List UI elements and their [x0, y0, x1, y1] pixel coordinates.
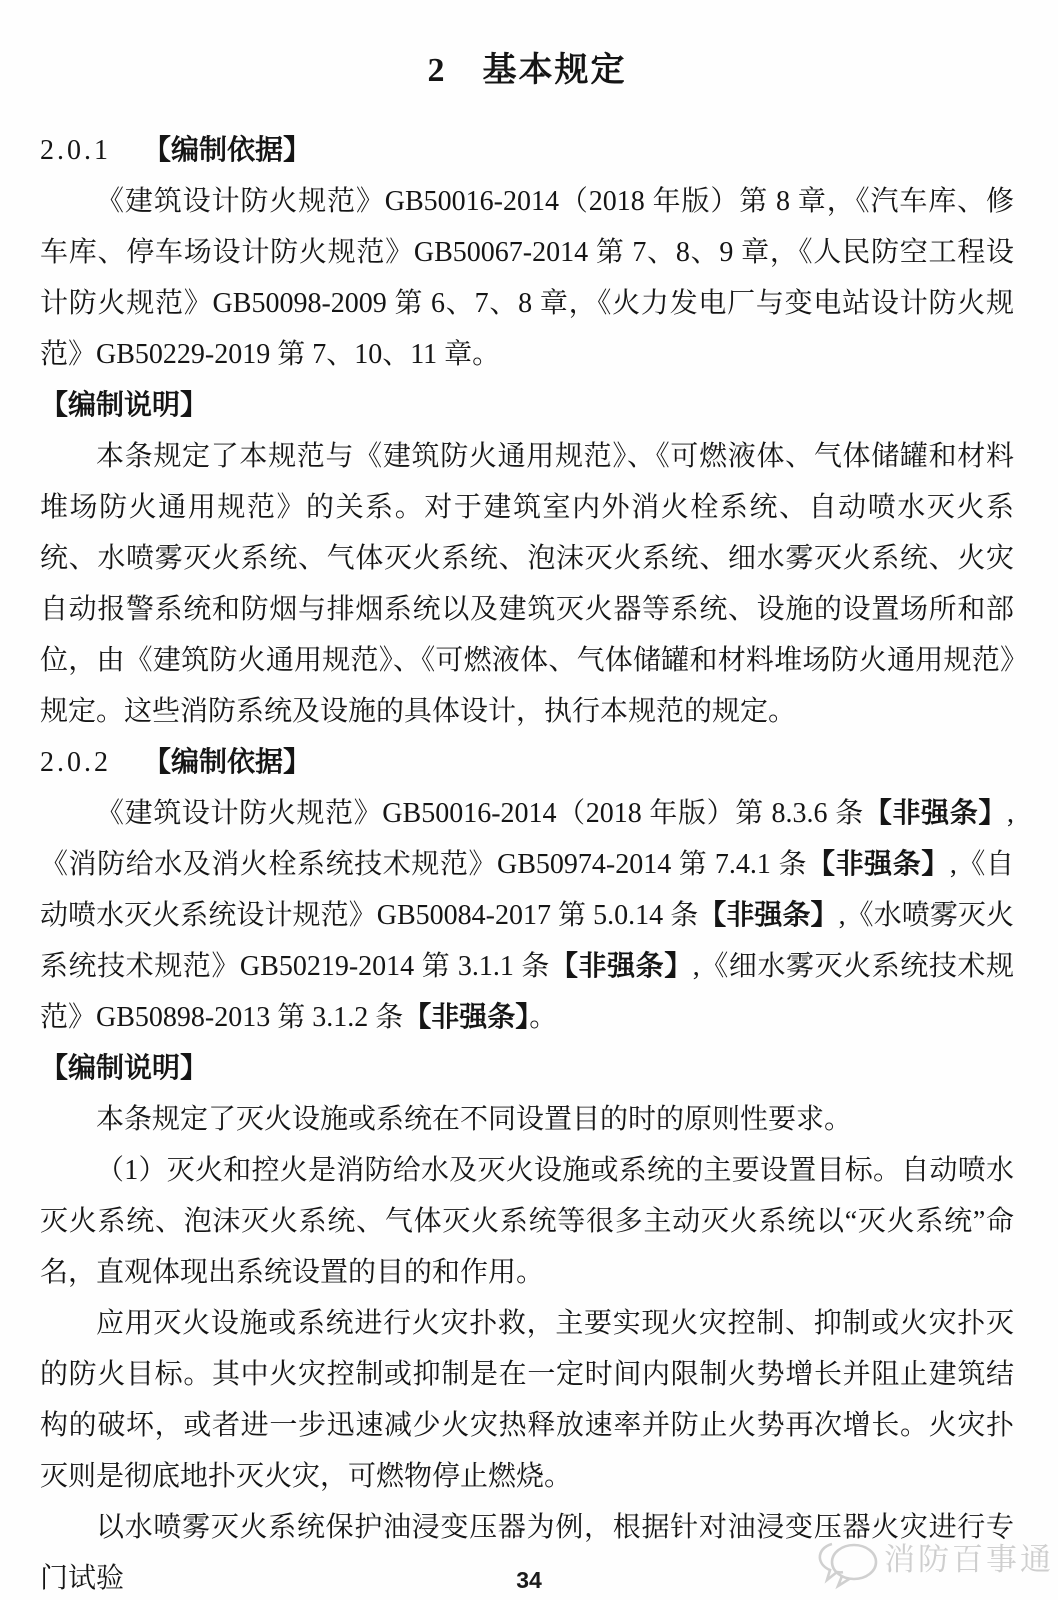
paragraph-principle-requirements: 本条规定了灭火设施或系统在不同设置目的时的原则性要求。 [40, 1094, 1014, 1145]
section-2-0-1-explanation-label: 【编制说明】 [40, 380, 1014, 431]
text-run: 。 [529, 1002, 557, 1033]
section-2-0-2-heading: 2.0.2【编制依据】 [40, 737, 1014, 788]
text-run: 本条规定了灭火设施或系统在不同设置目的时的原则性要求。 [96, 1104, 852, 1135]
bold-text-run: 【编制依据】 [143, 747, 311, 778]
bold-text-run: 【非强条】 [550, 951, 693, 982]
text-run: 《建筑设计防火规范》GB50016-2014（2018 年版）第 8.3.6 条 [96, 798, 864, 829]
section-number: 2.0.2 [40, 747, 111, 778]
section-2-0-1-heading: 2.0.1【编制依据】 [40, 125, 1014, 176]
text-run: 应用灭火设施或系统进行火灾扑救，主要实现火灾控制、抑制或火灾扑灭的防火目标。其中… [40, 1308, 1014, 1492]
chapter-title-text: 基本规定 [483, 51, 627, 89]
chapter-number: 2 [428, 52, 447, 89]
bold-text-run: 【非强条】 [698, 900, 838, 931]
section-number: 2.0.1 [40, 135, 111, 166]
paragraph-fire-control-description: 应用灭火设施或系统进行火灾扑救，主要实现火灾控制、抑制或火灾扑灭的防火目标。其中… [40, 1298, 1014, 1502]
bold-text-run: 【非强条】 [403, 1002, 529, 1033]
section-2-0-1-basis-paragraph: 《建筑设计防火规范》GB50016-2014（2018 年版）第 8 章，《汽车… [40, 176, 1014, 380]
section-2-0-2-explanation-label: 【编制说明】 [40, 1043, 1014, 1094]
bold-text-run: 【编制说明】 [40, 390, 208, 421]
page-number: 34 [0, 1566, 1058, 1594]
bold-text-run: 【非强条】 [864, 798, 1007, 829]
section-2-0-2-basis-paragraph: 《建筑设计防火规范》GB50016-2014（2018 年版）第 8.3.6 条… [40, 788, 1014, 1043]
section-2-0-1-explanation-paragraph: 本条规定了本规范与《建筑防火通用规范》、《可燃液体、气体储罐和材料堆场防火通用规… [40, 431, 1014, 737]
bold-text-run: 【编制说明】 [40, 1053, 208, 1084]
bold-text-run: 【非强条】 [807, 849, 950, 880]
document-page: 2基本规定 2.0.1【编制依据】 《建筑设计防火规范》GB50016-2014… [0, 0, 1058, 1600]
text-run: 本条规定了本规范与《建筑防火通用规范》、《可燃液体、气体储罐和材料堆场防火通用规… [40, 441, 1014, 727]
text-run: 《建筑设计防火规范》GB50016-2014（2018 年版）第 8 章，《汽车… [40, 186, 1014, 370]
paragraph-extinguishing-goals: （1）灭火和控火是消防给水及灭火设施或系统的主要设置目标。自动喷水灭火系统、泡沫… [40, 1145, 1014, 1298]
text-run: （1）灭火和控火是消防给水及灭火设施或系统的主要设置目标。自动喷水灭火系统、泡沫… [40, 1155, 1014, 1288]
page-title: 2基本规定 [40, 44, 1014, 97]
bold-text-run: 【编制依据】 [143, 135, 311, 166]
